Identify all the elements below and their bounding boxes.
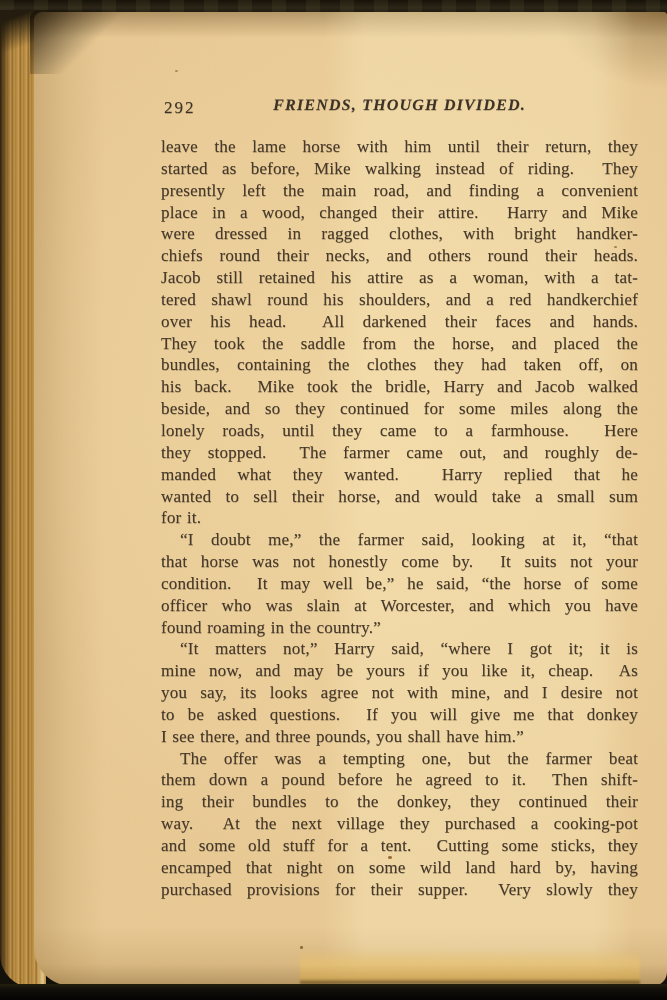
text-line: way. At the next village they purchased … — [161, 813, 638, 835]
text-line: them down a pound before he agreed to it… — [161, 769, 638, 791]
text-line: encamped that night on some wild land ha… — [161, 857, 638, 879]
text-line: to be asked questions. If you will give … — [161, 704, 638, 726]
text-line: were dressed in ragged clothes, with bri… — [161, 223, 638, 245]
text-line: chiefs round their necks, and others rou… — [161, 245, 638, 267]
text-line: ing their bundles to the donkey, they co… — [161, 791, 638, 813]
text-line: Jacob still retained his attire as a wom… — [161, 267, 638, 289]
running-header-title: FRIENDS, THOUGH DIVIDED. — [161, 97, 638, 115]
text-line: his back. Mike took the bridle, Harry an… — [161, 376, 638, 398]
book-cover-bottom-edge — [0, 984, 667, 1000]
text-line: manded what they wanted. Harry replied t… — [161, 464, 638, 486]
text-line: They took the saddle from the horse, and… — [161, 333, 638, 355]
text-line: bundles, containing the clothes they had… — [161, 354, 638, 376]
text-line: they stopped. The farmer came out, and r… — [161, 442, 638, 464]
text-line: you say, its looks agree not with mine, … — [161, 682, 638, 704]
text-line: beside, and so they continued for some m… — [161, 398, 638, 420]
text-line: condition. It may well be,” he said, “th… — [161, 573, 638, 595]
text-line: “It matters not,” Harry said, “where I g… — [161, 638, 638, 660]
text-line: I see there, and three pounds, you shall… — [161, 726, 638, 748]
text-line: The offer was a tempting one, but the fa… — [161, 748, 638, 770]
text-line: officer who was slain at Worcester, and … — [161, 595, 638, 617]
text-line: and some old stuff for a tent. Cutting s… — [161, 835, 638, 857]
text-line: that horse was not honestly come by. It … — [161, 551, 638, 573]
text-line: started as before, Mike walking instead … — [161, 158, 638, 180]
text-line: found roaming in the country.” — [161, 617, 638, 639]
text-line: for it. — [161, 507, 638, 529]
text-line: purchased provisions for their supper. V… — [161, 879, 638, 901]
text-line: wanted to sell their horse, and would ta… — [161, 486, 638, 508]
page-text: leave the lame horse with him until thei… — [161, 136, 638, 901]
text-line: tered shawl round his shoulders, and a r… — [161, 289, 638, 311]
book-page: 292 FRIENDS, THOUGH DIVIDED. leave the l… — [34, 12, 667, 986]
book-photo: 292 FRIENDS, THOUGH DIVIDED. leave the l… — [0, 0, 667, 1000]
text-line: “I doubt me,” the farmer said, looking a… — [161, 529, 638, 551]
page-header: 292 FRIENDS, THOUGH DIVIDED. — [161, 96, 638, 120]
text-line: lonely roads, until they came to a farmh… — [161, 420, 638, 442]
text-line: place in a wood, changed their attire. H… — [161, 202, 638, 224]
text-line: leave the lame horse with him until thei… — [161, 136, 638, 158]
under-page-edges — [300, 948, 640, 984]
text-line: over his head. All darkened their faces … — [161, 311, 638, 333]
text-line: presently left the main road, and findin… — [161, 180, 638, 202]
text-line: mine now, and may be yours if you like i… — [161, 660, 638, 682]
